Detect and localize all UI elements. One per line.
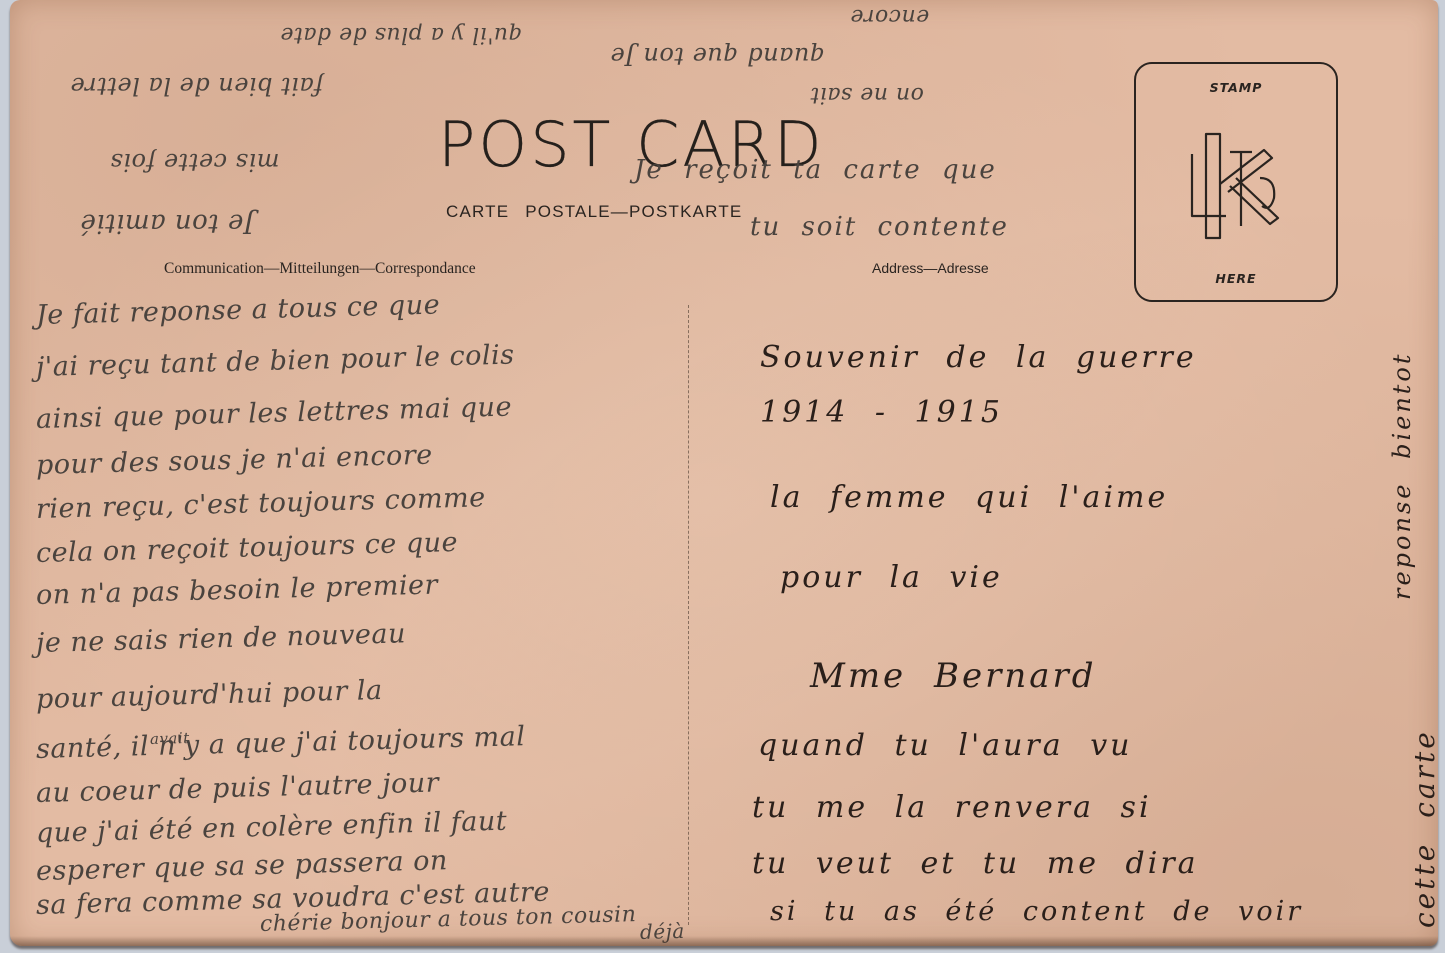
ltk-monogram-icon xyxy=(1186,126,1286,244)
handwritten-line: rien reçu, c'est toujours comme xyxy=(36,482,486,525)
postcard: POST CARD CARTE POSTALE—POSTKARTE Commun… xyxy=(10,0,1438,946)
handwritten-line: que j'ai été en colère enfin il faut xyxy=(36,806,508,849)
handwritten-line: qu'il y a plus de date xyxy=(280,22,523,47)
handwritten-line: fait bien de la lettre xyxy=(70,72,323,100)
handwritten-line: pour la vie xyxy=(780,560,1003,595)
handwritten-line: pour des sous je n'ai encore xyxy=(36,440,433,481)
handwritten-line: au coeur de puis l'autre jour xyxy=(36,767,440,809)
recipient-name: Mme Bernard xyxy=(810,656,1097,696)
handwritten-line: cela on reçoit toujours ce que xyxy=(36,527,459,569)
handwritten-line: je ne sais rien de nouveau xyxy=(36,618,407,659)
handwritten-line: Je fait reponse a tous ce que xyxy=(36,289,441,331)
handwritten-line: j'ai reçu tant de bien pour le colis xyxy=(36,339,515,383)
handwritten-line: tu veut et tu me dira xyxy=(752,846,1199,881)
handwritten-line: pour aujourd'hui pour la xyxy=(36,675,383,715)
communication-label: Communication—Mitteilungen—Correspondanc… xyxy=(164,260,476,278)
handwritten-line: si tu as été content de voir xyxy=(770,896,1303,927)
handwritten-line: mis cette fois xyxy=(110,148,279,176)
handwritten-line: on ne sait xyxy=(810,82,924,107)
handwritten-line: on n'a pas besoin le premier xyxy=(36,569,439,611)
handwritten-line: tu soit contente xyxy=(750,212,1009,242)
handwritten-line: 1914 - 1915 xyxy=(760,395,1003,430)
pencil-margin-note: avait xyxy=(150,729,190,748)
stamp-box: STAMP HERE xyxy=(1134,62,1338,302)
handwritten-line: Souvenir de la guerre xyxy=(760,340,1197,375)
address-label: Address—Adresse xyxy=(872,260,989,276)
handwritten-line: Je reçoit ta carte que xyxy=(634,155,997,185)
handwritten-line: tu me la renvera si xyxy=(752,790,1152,825)
handwritten-line: la femme qui l'aime xyxy=(770,480,1168,515)
vertical-margin-line: cette carte xyxy=(1408,729,1438,928)
handwritten-line: déjà xyxy=(640,919,685,944)
center-divider xyxy=(688,305,689,925)
handwritten-line: ainsi que pour les lettres mai que xyxy=(36,392,513,435)
handwritten-line: quand tu l'aura vu xyxy=(758,728,1132,763)
postcard-subtitle: CARTE POSTALE—POSTKARTE xyxy=(446,202,742,222)
stamp-label-top: STAMP xyxy=(1136,80,1336,95)
vertical-margin-line: reponse bientot xyxy=(1388,351,1416,600)
handwritten-line: quand que ton Je xyxy=(610,42,825,70)
stamp-label-bottom: HERE xyxy=(1136,271,1336,286)
handwritten-line: santé, il n'y a que j'ai toujours mal xyxy=(36,721,526,765)
handwritten-line: encore xyxy=(850,4,929,29)
handwritten-line: Je ton amitié xyxy=(80,208,254,238)
